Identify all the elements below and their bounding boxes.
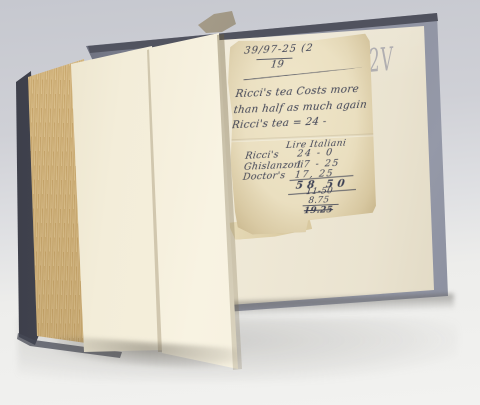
account-row-label: Doctor's	[242, 171, 295, 184]
division-flourish-line	[243, 67, 362, 80]
memo-text: Ricci's tea Costs more than half as much…	[231, 81, 370, 134]
photo-scene: 2V 39/97-25 (2 19 Ricci's tea Costs more…	[0, 0, 480, 405]
handwritten-note: 39/97-25 (2 19 Ricci's tea Costs more th…	[226, 33, 378, 235]
division-expression: 39/97-25 (2	[243, 43, 314, 57]
division-remainder: 19	[270, 59, 285, 71]
second-sum-struck-total: 19.25	[303, 205, 333, 216]
pencil-inscription: 2V	[367, 41, 395, 81]
